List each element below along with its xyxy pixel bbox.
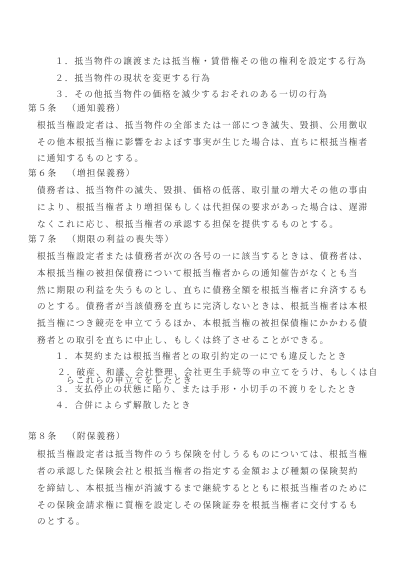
paragraph-line: のとする。債務者が当該債務を直ちに完済しないときは、根抵当権者は本根: [37, 302, 368, 312]
article-number: 第６条: [28, 169, 57, 179]
paragraph-line: 抵当権につき競売を申立てうるほか、本根抵当権の被担保債権にかかわる債: [37, 319, 368, 329]
paragraph-line: に通知するものとする。: [37, 154, 144, 164]
list-item: ３．支払停止の状態に陥り、または手形・小切手の不渡りをしたとき: [55, 385, 357, 395]
article-number: 第７条: [28, 235, 57, 245]
article-title: （期限の利益の喪失等）: [67, 235, 174, 245]
article-heading: 第６条（増担保義務）: [28, 169, 135, 179]
paragraph-line: のとする。: [37, 517, 86, 527]
list-item: １．抵当物件の譲渡または抵当権・賃借権その他の権利を設定する行為: [55, 57, 367, 67]
article-heading: 第５条（通知義務）: [28, 104, 126, 114]
list-item: ４．合併によらず解散したとき: [55, 401, 191, 411]
paragraph-line: 根抵当権設定者は、抵当物件の全部または一部につき滅失、毀損、公用徴収: [37, 121, 368, 131]
paragraph-line: 本根抵当権の被担保債務について根抵当権者からの通知催告がなくとも当: [37, 269, 358, 279]
article-number: 第５条: [28, 104, 57, 114]
paragraph-line: 者の承認した保険会社と根抵当権者の指定する金額および種類の保険契約: [37, 467, 359, 477]
list-item: ２．抵当物件の現状を変更する行為: [55, 74, 211, 84]
paragraph-line: 債務者は、抵当物件の滅失、毀損、価格の低落、取引量の増大その他の事由: [37, 186, 368, 196]
paragraph-line: により、根抵当権者より増担保もしくは代担保の要求があった場合は、遅滞: [37, 203, 368, 213]
article-heading: 第８条（附保義務）: [28, 432, 126, 442]
article-title: （増担保義務）: [67, 169, 135, 179]
paragraph-line: その他本根抵当権に影響をおよぼす事実が生じた場合は、直ちに根抵当権者: [37, 138, 368, 148]
article-heading: 第７条（期限の利益の喪失等）: [28, 235, 174, 245]
paragraph-line: 然に期限の利益を失うものとし、直ちに債務全額を根抵当権者に弁済するも: [37, 286, 368, 296]
list-item: ３．その他抵当物件の価格を減少するおそれのある一切の行為: [55, 90, 328, 100]
article-title: （附保義務）: [67, 432, 125, 442]
paragraph-line: なくこれに応じ、根抵当権者の承認する担保を提供するものとする。: [37, 220, 339, 230]
paragraph-line: 根抵当権設定者または債務者が次の各号の一に該当するときは、債務者は、: [37, 252, 368, 262]
list-item: １．本契約または根抵当権者との取引約定の一にでも違反したとき: [55, 352, 347, 362]
article-title: （通知義務）: [67, 104, 125, 114]
article-number: 第８条: [28, 432, 57, 442]
paragraph-line: その保険金請求権に質権を設定しその保険証券を根抵当権者に交付するも: [37, 501, 359, 511]
paragraph-line: 務者との取引を直ちに中止し、もしくは終了させることができる。: [37, 336, 329, 346]
paragraph-line: 根抵当権設定者は抵当物件のうち保険を付しうるものについては、根抵当権: [37, 450, 368, 460]
paragraph-line: を締結し、本根抵当権が消滅するまで継続するとともに根抵当権者のために: [37, 484, 368, 494]
